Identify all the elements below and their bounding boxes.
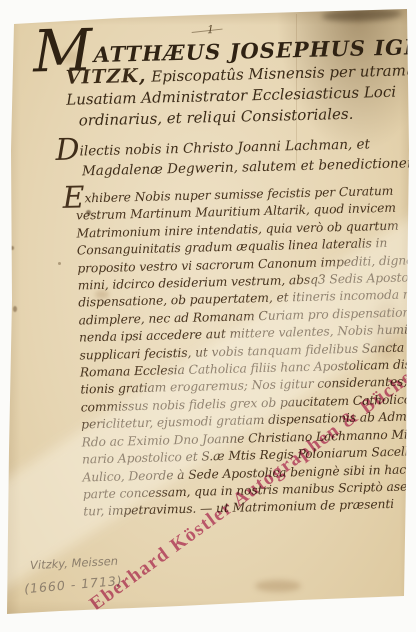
initial-letter: D (55, 132, 80, 168)
age-spot (13, 306, 17, 312)
salutation: Dilectis nobis in Christo Joanni Lachman… (17, 133, 410, 183)
manuscript-text: 1 MATTHÆUS JOSEPHUS IGN: VITZK, Episcopa… (14, 0, 416, 523)
scan-canvas: { "document": { "page_mark": "1", "headi… (0, 0, 416, 632)
body-text: Exhibere Nobis nuper sumisse fecistis pe… (62, 182, 416, 521)
pencil-note-name: Vitzky, Meissen (30, 554, 119, 573)
manuscript-paper: 1 MATTHÆUS JOSEPHUS IGN: VITZK, Episcopa… (0, 0, 416, 632)
name-lead: VITZK, (65, 65, 146, 89)
age-spot (10, 246, 14, 250)
age-spot (255, 580, 301, 592)
